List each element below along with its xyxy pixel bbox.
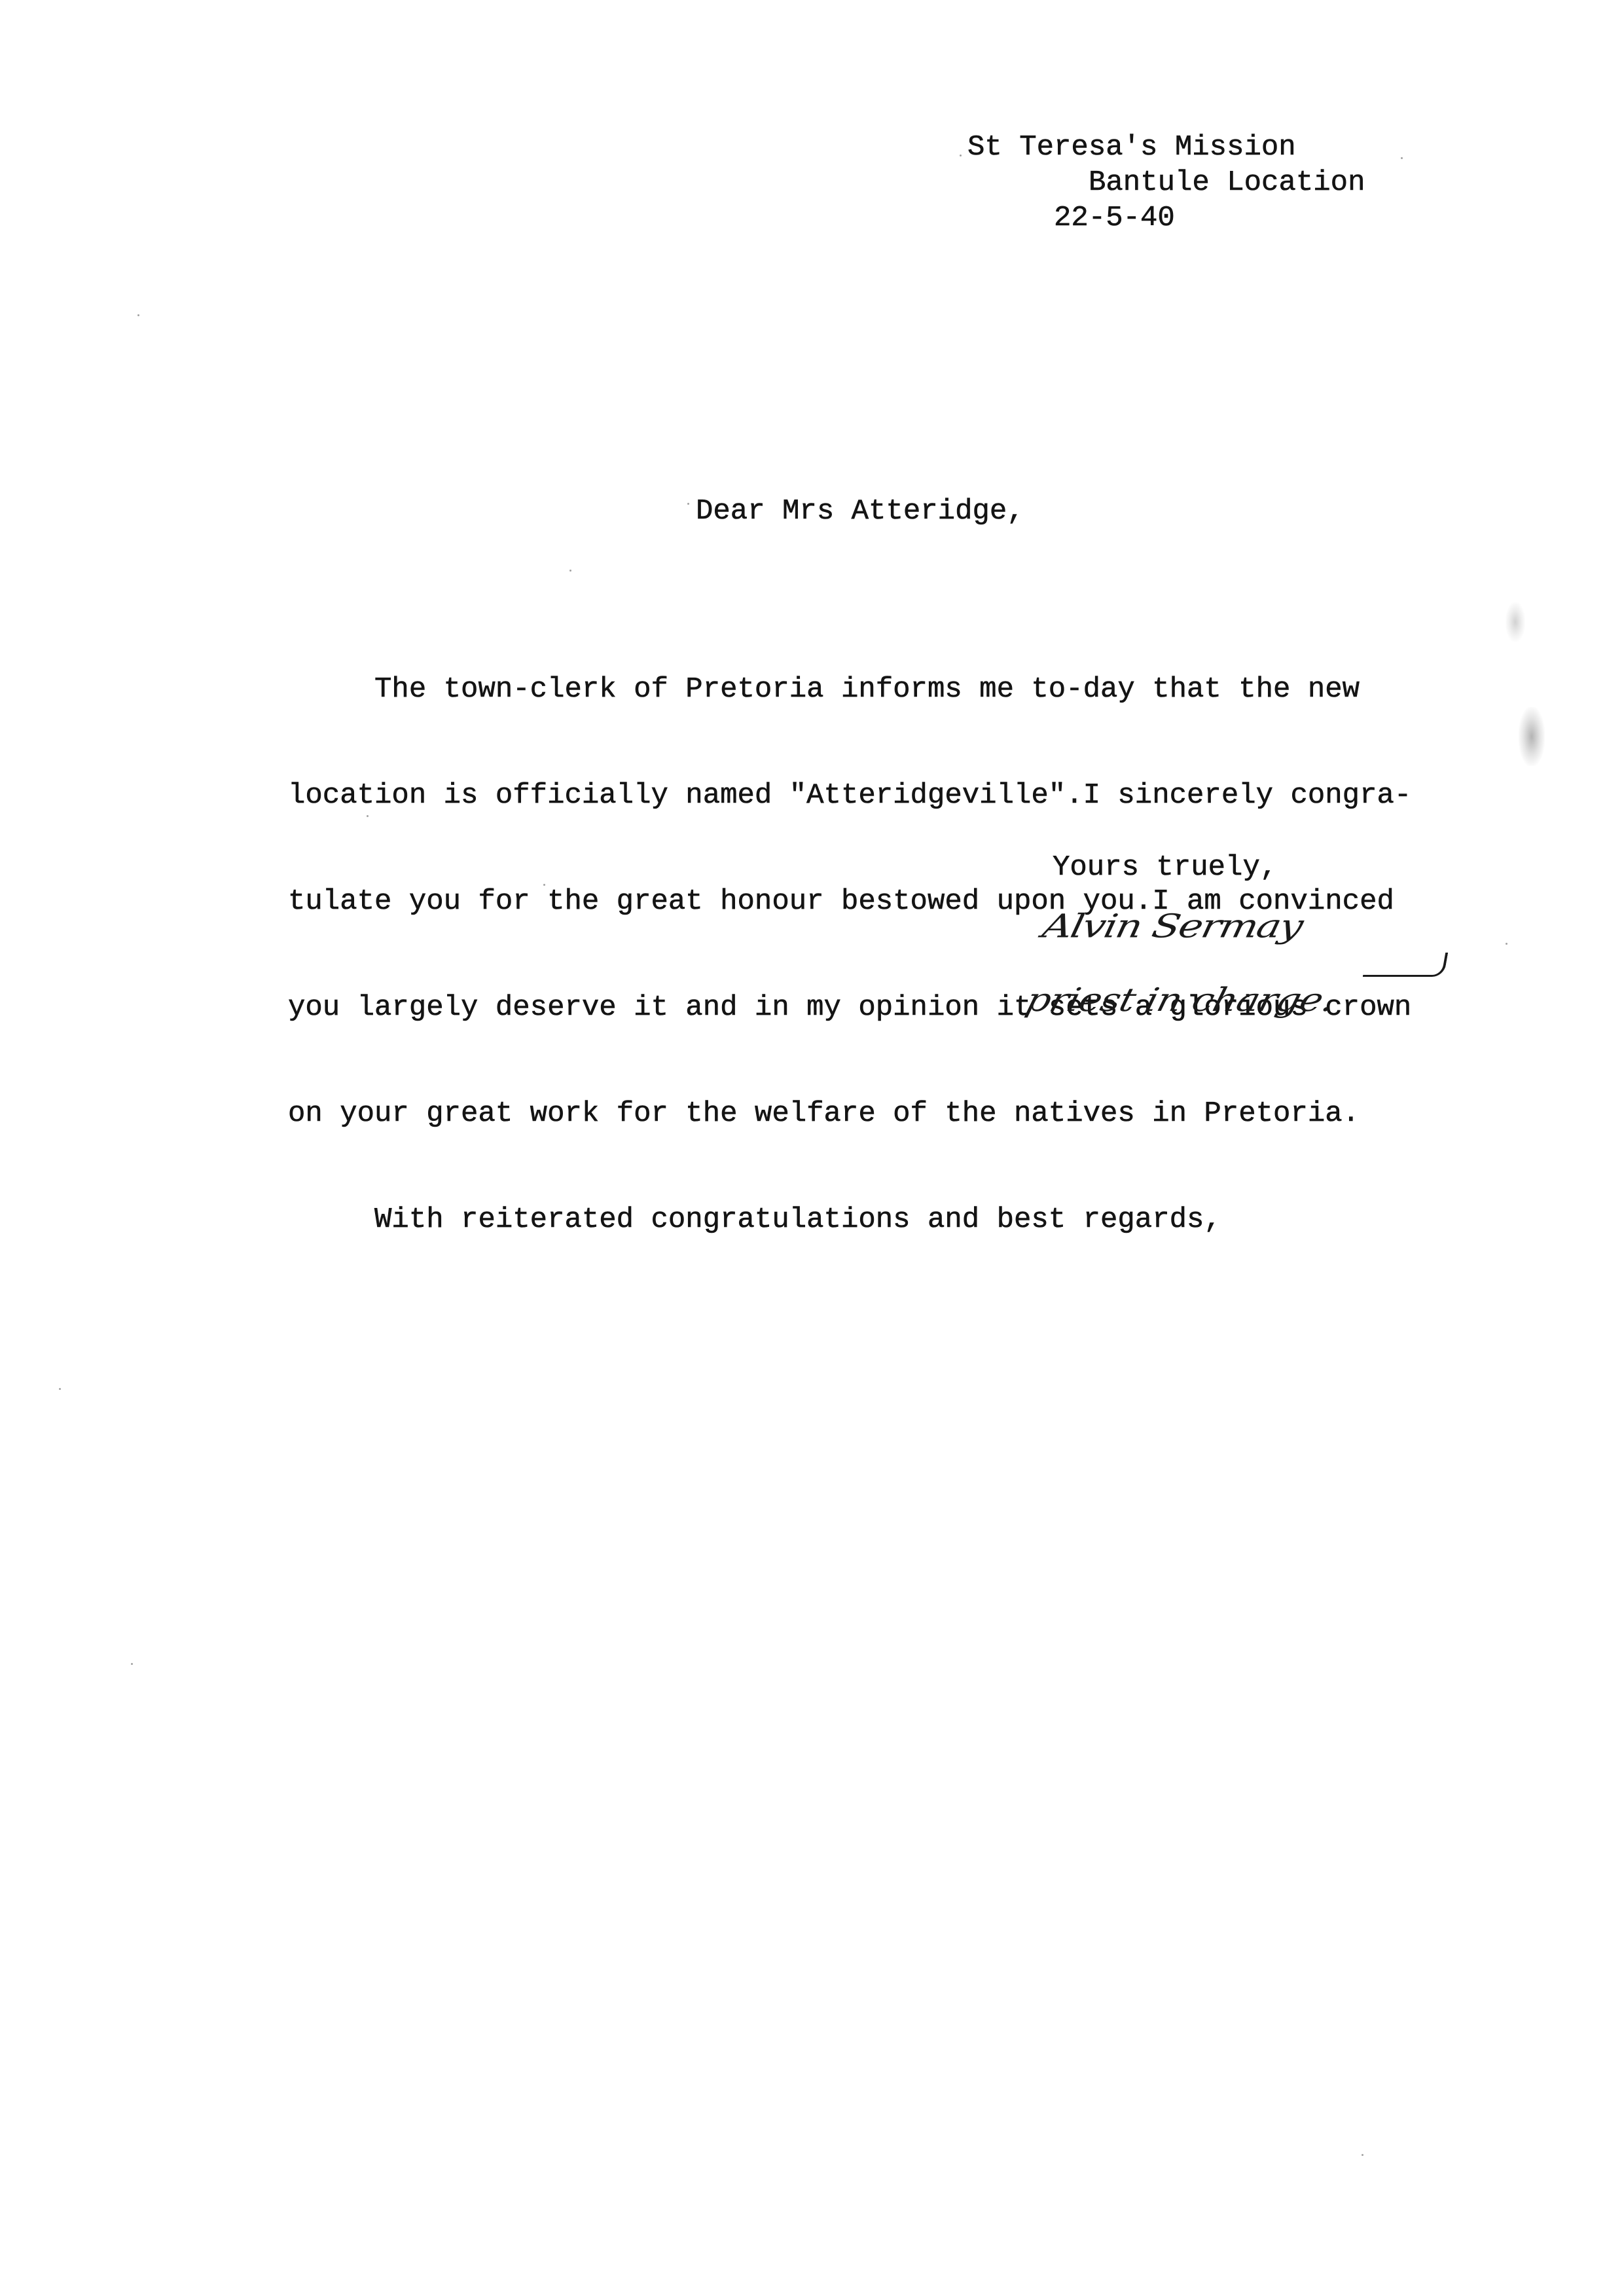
handwritten-signature: Alvin Sermay [1039,907,1306,945]
letter-body: The town-clerk of Pretoria informs me to… [288,601,1411,1308]
scan-speck [131,1663,133,1665]
scan-speck [1401,157,1403,159]
scan-speck [137,314,139,316]
scan-speck [543,884,545,886]
sender-address-line-1: St Teresa's Mission [967,130,1296,165]
closing: Yours truely, [1053,850,1277,885]
letter-page: St Teresa's Mission Bantule Location 22-… [0,0,1624,2281]
scan-smudge [1519,707,1545,766]
scan-smudge [1506,602,1525,642]
handwritten-title: priest in charge. [1022,981,1339,1019]
scan-speck [59,1388,61,1390]
scan-speck [569,570,571,572]
scan-speck [960,155,962,156]
salutation: Dear Mrs Atteridge, [696,494,1024,529]
scan-speck [1362,2154,1363,2156]
letter-date: 22-5-40 [1054,200,1175,236]
body-line: With reiterated congratulations and best… [288,1202,1411,1237]
signature-flourish [1363,953,1449,977]
body-line: on your great work for the welfare of th… [288,1096,1411,1131]
body-line: location is officially named "Atteridgev… [288,778,1411,813]
scan-speck [367,815,369,817]
scan-speck [687,503,689,505]
body-line: The town-clerk of Pretoria informs me to… [288,672,1411,707]
sender-address-line-2: Bantule Location [1089,165,1365,200]
scan-speck [1506,943,1507,945]
